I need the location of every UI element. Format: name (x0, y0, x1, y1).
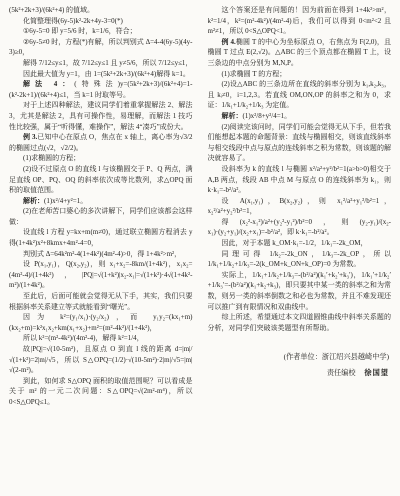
paragraph: 化简整理得(6y-5)k²-2k+4y-3=0(*) (9, 16, 193, 27)
paragraph-text: 至此后，后面可能就会觉得无从下手，其实，我们只要根据斜率关系建立等式就能看到“曙… (9, 292, 193, 311)
paragraph: 解析：(1)x²/4+y²=1。 (9, 196, 193, 207)
paragraph: 设直线 l 方程 y=kx+m(m≠0)，通过联立椭圆方程消去 y 得(1+4k… (9, 227, 193, 248)
paragraph: 到此，如何求 S△OPQ 面积的取值范围呢？可以看成是关于 m² 的一元二次问题… (9, 376, 193, 408)
paragraph-text: 这个答案还是有问题的！因为前面在得到 1+4k²>m²，k²=1/4，k²=(m… (208, 6, 392, 35)
paragraph-text: 因为 k²=(y₁/x₁)·(y₂/x₂)，而 y₁y₂=(kx₁+m)(kx₂… (9, 313, 193, 332)
paragraph-text: (5k²+2k+3)/(6k²+4) 的值域。 (9, 6, 94, 14)
paragraph: 解法 4：(特殊法)y=(5k²+2k+3)/(6k²+4)=1-(k²-2k+… (9, 79, 193, 100)
right-column: 这个答案还是有问题的！因为前面在得到 1+4k²>m²，k²=1/4，k²=(m… (208, 5, 392, 492)
article-footer: (作者单位：浙江绍兴县越崎中学) 责任编校 徐国望 (208, 349, 392, 381)
paragraph: ②6y-5≠0 时，方程(*)有解，所以判别式 Δ=4-4(6y-5)(4y-3… (9, 37, 193, 58)
paragraph-text: ①6y-5=0 即 y=5/6 时，k=1/6，符合； (23, 27, 137, 35)
paragraph-text: (1)x²/8+y²/4=1。 (243, 112, 292, 120)
editor-label: 责任编校 (327, 369, 356, 377)
paragraph-text: 所以 k²=(m²-4k²)/(4m²-4)，解得 k²=1/4， (23, 334, 144, 342)
paragraph-text: 判别式 Δ=64k²m²-4(1+4k²)(4m²-4)>0，得 1+4k²>m… (23, 250, 181, 258)
paragraph-text: 设 P(x₁,y₁)，Q(x₂,y₂)，则 x₁+x₂=-8km/(1+4k²)… (9, 260, 193, 289)
paragraph-text: 设 A(x₁,y₁)，B(x₂,y₂)，则 x₁²/a²+y₁²/b²=1，x₂… (208, 197, 392, 216)
paragraph: 综上所述，希望通过本文四道圆锥曲线中斜率关系题的分析，对同学们突破该类题型有所帮… (208, 312, 392, 333)
paragraph-text: 实际上，1/k₁+1/k₂+1/k₃=-(b²/a²)(k₁′+k₂′+k₃′)… (208, 271, 392, 311)
paragraph: 判别式 Δ=64k²m²-4(1+4k²)(4m²-4)>0，得 1+4k²>m… (9, 249, 193, 260)
paragraph: 设 A(x₁,y₁)，B(x₂,y₂)，则 x₁²/a²+y₁²/b²=1，x₂… (208, 196, 392, 217)
paragraph-text: (1)求椭圆的方程； (23, 154, 80, 162)
paragraph-text: 到此，如何求 S△OPQ 面积的取值范围呢？可以看成是关于 m² 的一元二次问题… (9, 377, 193, 406)
paragraph: ①6y-5=0 即 y=5/6 时，k=1/6，符合； (9, 26, 193, 37)
paragraph-lead: 解法 4： (23, 80, 74, 88)
paragraph: 例 3.已知中心在原点 O，焦点在 x 轴上，离心率为√3/2 的椭圆过点(√2… (9, 132, 193, 153)
paragraph: (2)设不过原点 O 的直线 l 与该椭圆交于 P、Q 两点，满足直线 OP、P… (9, 164, 193, 196)
paragraph-text: (1)x²/4+y²=1。 (44, 197, 87, 205)
paragraph: (2)阅读完该问时，同学们可能会觉得无从下手，但若我们能想起本题的命题背景：直线… (208, 122, 392, 164)
paragraph-lead: 例 3. (23, 133, 37, 141)
paragraph: (5k²+2k+3)/(6k²+4) 的值域。 (9, 5, 193, 16)
paragraph: 因此最大值为 y=1，由 1=(5k²+2k+3)/(6k²+4)解得 k=1。 (9, 69, 193, 80)
paragraph-text: (2)设△ABC 的三条边所在直线的斜率分别为 k₁,k₂,k₃，且 kᵢ≠0，… (208, 80, 392, 109)
paragraph-text: 因此，对于本题 k_OM·k₁=-1/2，1/k₁=-2k_OM， (222, 239, 368, 247)
paragraph: 故|PQ|=√(10-5m²)，且原点 O 到直 l 线的距离 d=|m|/√(… (9, 344, 193, 376)
paragraph: (2)设△ABC 的三条边所在直线的斜率分别为 k₁,k₂,k₃，且 kᵢ≠0，… (208, 79, 392, 111)
paragraph: 至此后，后面可能就会觉得无从下手，其实，我们只要根据斜率关系建立等式就能看到“曙… (9, 291, 193, 312)
paragraph: 设 P(x₁,y₁)，Q(x₂,y₂)，则 x₁+x₂=-8km/(1+4k²)… (9, 259, 193, 291)
paragraph: 这个答案还是有问题的！因为前面在得到 1+4k²>m²，k²=1/4，k²=(m… (208, 5, 392, 37)
paragraph: 设斜率为 k 的直线 l 与椭圆 x²/a²+y²/b²=1(a>b>0)相交于… (208, 164, 392, 196)
paragraph-text: 设直线 l 方程 y=kx+m(m≠0)，通过联立椭圆方程消去 y 得(1+4k… (9, 228, 193, 247)
paragraph-text: 因此最大值为 y=1，由 1=(5k²+2k+3)/(6k²+4)解得 k=1。 (23, 70, 190, 78)
paragraph-text: 得(x₂²-x₁²)/a²+(y₂²-y₁²)/b²=0，则(y₂-y₁)/(x… (208, 218, 392, 237)
paragraph-text: 对于上述四种解法，建议同学们着重掌握解法 2、解法 3，尤其是解法 2，具有可操… (9, 101, 193, 130)
paragraph: 实际上，1/k₁+1/k₂+1/k₃=-(b²/a²)(k₁′+k₂′+k₃′)… (208, 270, 392, 312)
paragraph: 因此，对于本题 k_OM·k₁=-1/2，1/k₁=-2k_OM， (208, 238, 392, 249)
paragraph: (2)在老师苦口婆心的多次讲解下，同学们应该都会这样做： (9, 206, 193, 227)
paragraph: 所以 k²=(m²-4k²)/(4m²-4)，解得 k²=1/4， (9, 333, 193, 344)
paragraph: 得(x₂²-x₁²)/a²+(y₂²-y₁²)/b²=0，则(y₂-y₁)/(x… (208, 217, 392, 238)
paragraph-lead: 例 4. (222, 38, 236, 46)
paragraph: (1)求椭圆 T 的方程； (208, 69, 392, 80)
paragraph-lead: 解析： (222, 112, 243, 120)
paragraph-text: 综上所述，希望通过本文四道圆锥曲线中斜率关系题的分析，对同学们突破该类题型有所帮… (208, 313, 392, 332)
paragraph-lead: 解析： (23, 197, 44, 205)
editor-credit: 责任编校 徐国望 (208, 365, 390, 381)
paragraph-text: (1)求椭圆 T 的方程； (222, 70, 287, 78)
paragraph-text: 椭圆 T 的中心为坐标原点 O，右焦点为 F(2,0)，且椭圆 T 过点 E(2… (208, 38, 392, 67)
paragraph-text: (2)在老师苦口婆心的多次讲解下，同学们应该都会这样做： (9, 207, 193, 226)
paragraph: 例 4.椭圆 T 的中心为坐标原点 O，右焦点为 F(2,0)，且椭圆 T 过点… (208, 37, 392, 69)
paragraph: 解得 7/12≤y≤1，故 7/12≤y≤1 且 y≠5/6，所以 7/12≤y… (9, 58, 193, 69)
paragraph-text: (2)阅读完该问时，同学们可能会觉得无从下手，但若我们能想起本题的命题背景：直线… (208, 123, 392, 163)
left-column-paragraphs: (5k²+2k+3)/(6k²+4) 的值域。化简整理得(6y-5)k²-2k+… (9, 5, 193, 408)
paragraph-text: 已知中心在原点 O，焦点在 x 轴上，离心率为√3/2 的椭圆过点(√2，√2/… (9, 133, 193, 152)
journal-page: (5k²+2k+3)/(6k²+4) 的值域。化简整理得(6y-5)k²-2k+… (0, 0, 400, 496)
author-affiliation: (作者单位：浙江绍兴县越崎中学) (208, 349, 390, 365)
right-column-paragraphs: 这个答案还是有问题的！因为前面在得到 1+4k²>m²，k²=1/4，k²=(m… (208, 5, 392, 333)
paragraph-text: 同理可得 1/k₂=-2k_ON，1/k₃=-2k_OP，所以 1/k₁+1/k… (208, 250, 392, 269)
left-column: (5k²+2k+3)/(6k²+4) 的值域。化简整理得(6y-5)k²-2k+… (9, 5, 193, 492)
paragraph-text: 设斜率为 k 的直线 l 与椭圆 x²/a²+y²/b²=1(a>b>0)相交于… (208, 165, 392, 194)
paragraph-text: (2)设不过原点 O 的直线 l 与该椭圆交于 P、Q 两点，满足直线 OP、P… (9, 165, 193, 194)
paragraph: 同理可得 1/k₂=-2k_ON，1/k₃=-2k_OP，所以 1/k₁+1/k… (208, 249, 392, 270)
paragraph: 解析：(1)x²/8+y²/4=1。 (208, 111, 392, 122)
paragraph: 对于上述四种解法，建议同学们着重掌握解法 2、解法 3，尤其是解法 2，具有可操… (9, 100, 193, 132)
paragraph-text: 化简整理得(6y-5)k²-2k+4y-3=0(*) (23, 17, 123, 25)
paragraph-text: ②6y-5≠0 时，方程(*)有解，所以判别式 Δ=4-4(6y-5)(4y-3… (9, 38, 193, 57)
editor-name: 徐国望 (364, 369, 389, 377)
paragraph-text: 故|PQ|=√(10-5m²)，且原点 O 到直 l 线的距离 d=|m|/√(… (9, 345, 193, 374)
paragraph: 因为 k²=(y₁/x₁)·(y₂/x₂)，而 y₁y₂=(kx₁+m)(kx₂… (9, 312, 193, 333)
paragraph-text: 解得 7/12≤y≤1，故 7/12≤y≤1 且 y≠5/6，所以 7/12≤y… (23, 59, 192, 67)
paragraph: (1)求椭圆的方程； (9, 153, 193, 164)
